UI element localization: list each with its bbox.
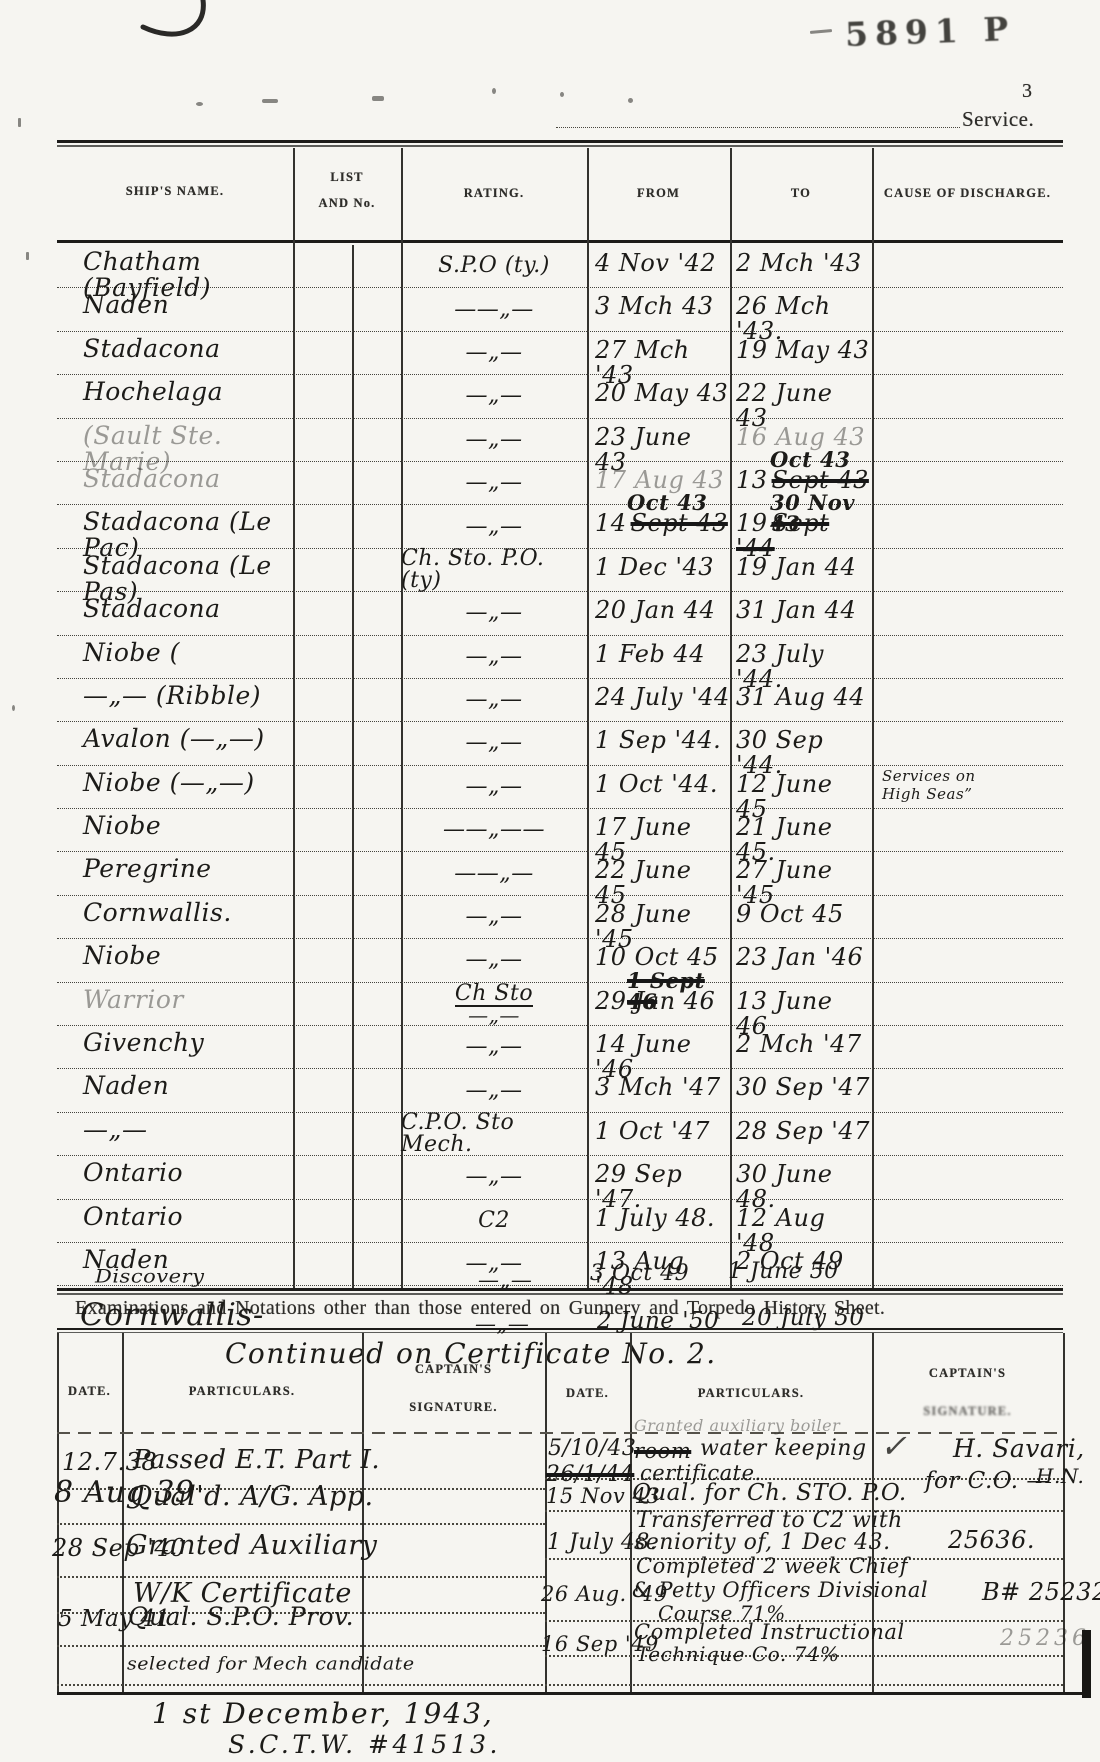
list-no-cell — [352, 722, 401, 764]
from-date-cell: 1 Dec '43 — [587, 549, 730, 591]
service-table-row: Chatham (Bayfield) S.P.O (ty.) 4 Nov '42… — [57, 245, 1063, 288]
ink-speck — [26, 252, 29, 260]
list-no-cell — [352, 1200, 401, 1242]
list-no-cell — [352, 592, 401, 634]
table-bottom-rule-2 — [57, 1293, 1063, 1295]
overflow-row-ditto: —„— — [478, 1270, 532, 1291]
service-table-row: Stadacona (Le Pas) Ch. Sto. P.O. (ty) 1 … — [57, 549, 1063, 592]
table-bottom-rule — [57, 1288, 1063, 1291]
notes-left-header-captains: CAPTAIN'S — [362, 1362, 545, 1377]
to-date-cell: 30 Nov 43 19 Sept '44 — [730, 505, 872, 547]
rating-cell: —„— — [401, 419, 587, 461]
cause-of-discharge-cell — [872, 896, 1063, 938]
service-table-row: Stadacona (Le Pac) —„— Oct 43 14 Sept 43… — [57, 505, 1063, 548]
from-date: 1 Oct '47 — [595, 1117, 710, 1145]
rating-cell: C2 — [401, 1200, 587, 1242]
ship-name-cell: Cornwallis. — [57, 896, 293, 938]
scan-artifact — [1082, 1630, 1091, 1698]
cause-of-discharge-cell — [872, 419, 1063, 461]
to-date: 23 Jan '46 — [736, 943, 863, 971]
footer-date-note: 1 st December, 1943, — [152, 1700, 494, 1728]
list-no-cell — [352, 1069, 401, 1111]
list-no-cell — [352, 983, 401, 1025]
ship-name: Niobe — [83, 941, 161, 970]
reference-number: 25236 — [1000, 1628, 1090, 1650]
from-date-cell: 27 Mch '43 — [587, 332, 730, 374]
note-particulars-struck: room — [634, 1441, 691, 1462]
rating-cell: —„— — [401, 592, 587, 634]
rating-cell: —„— — [401, 636, 587, 678]
note-particulars: Granted auxiliary boiler — [634, 1418, 840, 1434]
list-no-cell — [352, 1156, 401, 1198]
ship-name: Avalon (—„—) — [83, 724, 265, 753]
rating-value: —„— — [466, 1166, 523, 1188]
note-particulars: Qual'd. A/G. App. — [130, 1483, 374, 1510]
ink-speck — [196, 102, 203, 106]
note-particulars: Passed E.T. Part I. — [133, 1447, 380, 1473]
ship-name-cell: Stadacona — [57, 462, 293, 504]
ship-name-cell: Naden — [57, 1069, 293, 1111]
rating-value: —„— — [466, 689, 523, 711]
list-no-cell — [352, 245, 401, 287]
note-particulars: selected for Mech candidate — [127, 1655, 415, 1673]
ship-name: Niobe — [83, 811, 161, 840]
to-date-cell: 22 June 43 — [730, 375, 872, 417]
ship-name: —„— — [83, 1115, 147, 1144]
to-date: 19 — [736, 509, 768, 537]
notes-bottom-dotted — [57, 1684, 1063, 1686]
from-date-cell: 23 June 43 — [587, 419, 730, 461]
rating-value: C.P.O. Sto Mech. — [401, 1112, 587, 1156]
ship-name-cell: —„— (Ribble) — [57, 679, 293, 721]
from-date-cell: 1 Feb 44 — [587, 636, 730, 678]
to-date-cell: 30 June 48. — [730, 1156, 872, 1198]
service-table-row: Ontario C2 1 July 48. 12 Aug '48 — [57, 1200, 1063, 1243]
ship-name: Peregrine — [83, 854, 212, 883]
from-date-cell: 3 Mch '47 — [587, 1069, 730, 1111]
rating-value: —„— — [466, 949, 523, 971]
ship-name-cell: Stadacona (Le Pac) — [57, 505, 293, 547]
notes-left-header-signature: SIGNATURE. — [362, 1400, 545, 1415]
from-date: 3 Mch 43 — [595, 292, 714, 320]
to-date-cell: 28 Sep '47 — [730, 1113, 872, 1155]
ship-name: Ontario — [83, 1158, 183, 1187]
service-table-row: Niobe ( —„— 1 Feb 44 23 July '44. — [57, 636, 1063, 679]
list-cell — [293, 636, 352, 678]
service-leader-line — [556, 127, 960, 128]
checkmark: ✓ — [880, 1430, 907, 1462]
list-no-cell — [352, 939, 401, 981]
from-date-cell: 20 May 43 — [587, 375, 730, 417]
ship-name-cell: Hochelaga — [57, 375, 293, 417]
from-date-cell: 28 June '45 — [587, 896, 730, 938]
ink-speck — [492, 88, 496, 94]
ship-name-cell: Niobe — [57, 939, 293, 981]
ship-name: Niobe (—„—) — [83, 768, 255, 797]
list-cell — [293, 1113, 352, 1155]
rating-cell: —„— — [401, 766, 587, 808]
rating-value: —„— — [466, 776, 523, 798]
list-cell — [293, 983, 352, 1025]
from-date-cell: 17 June 45 — [587, 809, 730, 851]
list-cell — [293, 419, 352, 461]
service-table-row: Warrior Ch Sto —„— 1 Sept 46 29 Jan 46 1… — [57, 983, 1063, 1026]
to-date: 2 Mch '47 — [736, 1030, 862, 1058]
rating-value: ——„— — [454, 299, 533, 321]
cause-of-discharge-cell — [872, 1243, 1063, 1285]
ink-squiggle — [115, 0, 225, 55]
from-date: 3 Mch '47 — [595, 1073, 721, 1101]
to-date: 31 Jan 44 — [736, 596, 856, 624]
rating-value: —„— — [466, 1080, 523, 1102]
ship-name: Ontario — [83, 1202, 183, 1231]
ship-name-cell: Stadacona (Le Pas) — [57, 549, 293, 591]
to-date: 31 Aug 44 — [736, 683, 865, 711]
from-date-cell: 29 Sep '47. — [587, 1156, 730, 1198]
ship-name-cell: Niobe ( — [57, 636, 293, 678]
to-date-cell: 26 Mch '43. — [730, 288, 872, 330]
cause-of-discharge-cell — [872, 1200, 1063, 1242]
list-cell — [293, 1200, 352, 1242]
cause-of-discharge-cell — [872, 375, 1063, 417]
notes-bottom-rule — [57, 1692, 1085, 1695]
note-date-struck: 26/1/44 — [546, 1464, 634, 1486]
cause-of-discharge-cell — [872, 809, 1063, 851]
ink-speck — [628, 98, 633, 103]
service-table-row: Niobe ——„—— 17 June 45 21 June 45. — [57, 809, 1063, 852]
note-date: 5/10/43 — [548, 1438, 636, 1460]
ship-name-cell: Ontario — [57, 1156, 293, 1198]
to-date-cell: 9 Oct 45 — [730, 896, 872, 938]
service-table-row: —„— C.P.O. Sto Mech. 1 Oct '47 28 Sep '4… — [57, 1113, 1063, 1156]
serial-stamp: 5891 P — [844, 9, 1015, 54]
ship-name: Naden — [83, 1071, 169, 1100]
list-no-cell — [352, 332, 401, 374]
ink-speck — [12, 705, 15, 711]
ship-name-cell: Warrior — [57, 983, 293, 1025]
to-date-cell: 2 Mch '43 — [730, 245, 872, 287]
table-top-rule — [57, 140, 1063, 143]
notes-left-header-date: DATE. — [57, 1384, 122, 1399]
ship-name: Cornwallis. — [83, 898, 232, 927]
from-date: 20 May 43 — [595, 379, 728, 407]
rating-value: C2 — [478, 1210, 510, 1232]
cause-of-discharge-cell — [872, 1026, 1063, 1068]
ship-name: Naden — [83, 290, 169, 319]
rating-cell: —„— — [401, 1026, 587, 1068]
service-table-row: Stadacona —„— 27 Mch '43 19 May 43 — [57, 332, 1063, 375]
list-cell — [293, 766, 352, 808]
service-table-row: Naden ——„— 3 Mch 43 26 Mch '43. — [57, 288, 1063, 331]
note-particulars: Completed Instructional — [634, 1622, 905, 1643]
list-no-cell — [352, 679, 401, 721]
rating-value: —„— — [466, 429, 523, 451]
rating-cell: —„— — [401, 896, 587, 938]
rating-cell: C.P.O. Sto Mech. — [401, 1113, 587, 1155]
from-date-cell: 1 Oct '47 — [587, 1113, 730, 1155]
note-particulars: & Petty Officers Divisional — [632, 1580, 928, 1601]
from-date-cell: 22 June 45 — [587, 852, 730, 894]
cause-of-discharge-cell — [872, 245, 1063, 287]
overflow-row2-to: 20 July 50 — [742, 1307, 865, 1330]
list-cell — [293, 1156, 352, 1198]
ship-name-cell: —„— — [57, 1113, 293, 1155]
list-no-cell — [352, 1243, 401, 1285]
service-table-row: —„— (Ribble) —„— 24 July '44 31 Aug 44 — [57, 679, 1063, 722]
notes-column-line — [362, 1333, 364, 1695]
to-date-cell: 23 July '44. — [730, 636, 872, 678]
from-date-cell: 20 Jan 44 — [587, 592, 730, 634]
cause-of-discharge-cell — [872, 1069, 1063, 1111]
from-date: 4 Nov '42 — [595, 249, 716, 277]
rating-value: —„— — [466, 342, 523, 364]
list-no-cell — [352, 549, 401, 591]
from-date: 1 Oct '44. — [595, 770, 718, 798]
notes-right-header-date: DATE. — [545, 1386, 630, 1401]
rating-cell: —„— — [401, 462, 587, 504]
to-date: 13 — [736, 466, 768, 494]
list-cell — [293, 896, 352, 938]
note-particulars: Granted Auxiliary — [126, 1532, 377, 1559]
list-cell — [293, 549, 352, 591]
cause-of-discharge-cell — [872, 332, 1063, 374]
rating-value: ——„—— — [443, 819, 545, 841]
rating-cell: —„— — [401, 722, 587, 764]
list-cell — [293, 505, 352, 547]
cause-of-discharge-cell — [872, 288, 1063, 330]
rating-value: —„— — [466, 906, 523, 928]
cause-of-discharge-cell — [872, 722, 1063, 764]
service-table-body: Chatham (Bayfield) S.P.O (ty.) 4 Nov '42… — [57, 245, 1063, 1286]
from-date-correction: 1 Sept 46 — [627, 970, 730, 1012]
ink-speck — [810, 29, 832, 34]
from-date-cell: 1 Sept 46 29 Jan 46 — [587, 983, 730, 1025]
from-date-cell: 1 July 48. — [587, 1200, 730, 1242]
notes-left-header-particulars: PARTICULARS. — [122, 1384, 362, 1399]
list-cell — [293, 288, 352, 330]
rating-cell: S.P.O (ty.) — [401, 245, 587, 287]
overflow-row2-ship: Cornwallis- — [80, 1300, 264, 1331]
to-date: 9 Oct 45 — [736, 900, 844, 928]
header-cause-of-discharge: CAUSE OF DISCHARGE. — [872, 186, 1063, 201]
to-date-cell: 13 June 46 — [730, 983, 872, 1025]
cause-of-discharge: Services on High Seas” — [882, 767, 976, 803]
header-list: LIST — [293, 170, 401, 185]
notes-row-line — [57, 1645, 545, 1647]
cause-of-discharge-cell — [872, 1113, 1063, 1155]
service-table-row: Givenchy —„— 14 June '46 2 Mch '47 — [57, 1026, 1063, 1069]
rating-cell: —„— — [401, 375, 587, 417]
rating-cell: ——„— — [401, 852, 587, 894]
service-table-row: Niobe —„— 10 Oct 45 23 Jan '46 — [57, 939, 1063, 982]
service-table-row: Ontario —„— 29 Sep '47. 30 June 48. — [57, 1156, 1063, 1199]
list-cell — [293, 809, 352, 851]
cause-of-discharge-cell — [872, 505, 1063, 547]
cause-of-discharge-cell — [872, 549, 1063, 591]
captain-signature: H. Savari, — [953, 1436, 1085, 1461]
list-cell — [293, 852, 352, 894]
to-date-cell: 27 June '45 — [730, 852, 872, 894]
table-top-rule-2 — [57, 145, 1063, 147]
rating-value: Ch. Sto. P.O. (ty) — [401, 548, 587, 592]
ship-name: Givenchy — [83, 1028, 204, 1057]
note-particulars: Qual. for Ch. STO. P.O. — [632, 1482, 907, 1505]
list-cell — [293, 592, 352, 634]
list-no-cell — [352, 766, 401, 808]
cause-of-discharge-cell — [872, 983, 1063, 1025]
from-date: 1 Dec '43 — [595, 553, 714, 581]
service-table-row: Stadacona —„— 17 Aug 43 Oct 43 13 Sept 4… — [57, 462, 1063, 505]
rating-cell: —„— — [401, 679, 587, 721]
to-date-cell: 19 May 43 — [730, 332, 872, 374]
cause-of-discharge-cell: Services on High Seas” — [872, 766, 1063, 808]
header-and-no: AND No. — [293, 196, 401, 211]
ship-name-cell: Givenchy — [57, 1026, 293, 1068]
rating-value: —„— — [466, 385, 523, 407]
reference-number: B# 25232 — [982, 1580, 1100, 1604]
list-no-cell — [352, 419, 401, 461]
service-table-row: Niobe (—„—) —„— 1 Oct '44. 12 June 45 — [57, 766, 1063, 809]
rating-cell: Ch Sto —„— — [401, 983, 587, 1025]
note-particulars: water keeping — [700, 1438, 867, 1460]
to-date-cell: 31 Jan 44 — [730, 592, 872, 634]
page-number: 3 — [1022, 80, 1033, 103]
from-date: 24 July '44 — [595, 683, 730, 711]
captain-signature: H.N. — [1036, 1466, 1084, 1486]
list-cell — [293, 1243, 352, 1285]
rating-value: —„— — [466, 1036, 523, 1058]
ink-speck — [560, 92, 564, 97]
from-date-cell: 1 Oct '44. — [587, 766, 730, 808]
cause-of-discharge-cell — [872, 852, 1063, 894]
note-particulars: Technique Co. 74% — [636, 1644, 840, 1664]
from-date: 20 Jan 44 — [595, 596, 715, 624]
service-table-row: Avalon (—„—) —„— 1 Sep '44. 30 Sep '44. — [57, 722, 1063, 765]
to-date-cell: 12 Aug '48 — [730, 1200, 872, 1242]
header-bottom-rule — [57, 240, 1063, 243]
service-table-row: Cornwallis. —„— 28 June '45 9 Oct 45 — [57, 896, 1063, 939]
overflow-row-to: 1 June 50 — [728, 1261, 839, 1283]
list-no-cell — [352, 896, 401, 938]
rating-cell: —„— — [401, 939, 587, 981]
note-date: 26 Aug. '49 — [541, 1584, 668, 1605]
rating-value: ——„— — [454, 863, 533, 885]
from-date-cell: 14 June '46 — [587, 1026, 730, 1068]
list-cell — [293, 1069, 352, 1111]
notes-header-underline — [57, 1432, 1063, 1434]
ship-name-cell: Chatham (Bayfield) — [57, 245, 293, 287]
notes-right-header-signature: SIGNATURE. — [872, 1404, 1063, 1419]
reference-number: 25636. — [948, 1528, 1035, 1552]
from-date: 1 Sep '44. — [595, 726, 721, 754]
list-no-cell — [352, 852, 401, 894]
ink-speck — [262, 99, 278, 103]
list-no-cell — [352, 288, 401, 330]
list-no-cell — [352, 809, 401, 851]
to-date-cell: 23 Jan '46 — [730, 939, 872, 981]
list-no-cell — [352, 505, 401, 547]
ink-speck — [18, 118, 21, 127]
service-label: Service. — [962, 107, 1034, 132]
rating-cell: Ch. Sto. P.O. (ty) — [401, 549, 587, 591]
cause-of-discharge-cell — [872, 679, 1063, 721]
to-date: 28 Sep '47 — [736, 1117, 870, 1145]
list-cell — [293, 332, 352, 374]
rating-cell: —„— — [401, 505, 587, 547]
from-date: 1 July 48. — [595, 1204, 715, 1232]
cause-of-discharge-cell — [872, 1156, 1063, 1198]
list-cell — [293, 462, 352, 504]
to-date-cell: 21 June 45. — [730, 809, 872, 851]
rating-value: —„— — [466, 732, 523, 754]
ship-name-cell: Avalon (—„—) — [57, 722, 293, 764]
rating-cell: ——„—— — [401, 809, 587, 851]
to-date: 19 Jan 44 — [736, 553, 856, 581]
list-cell — [293, 722, 352, 764]
header-from: FROM — [587, 186, 730, 201]
to-date: 19 May 43 — [736, 336, 869, 364]
service-table-row: Stadacona —„— 20 Jan 44 31 Jan 44 — [57, 592, 1063, 635]
service-table-row: (Sault Ste. Marie) —„— 23 June 43 16 Aug… — [57, 419, 1063, 462]
ship-name: Stadacona — [83, 594, 221, 623]
cause-of-discharge-cell — [872, 939, 1063, 981]
cause-of-discharge-cell — [872, 462, 1063, 504]
service-table-row: Naden —„— 13 Aug '48 2 Oct 49 — [57, 1243, 1063, 1286]
overflow-row2-from: 2 June '50 — [597, 1310, 719, 1333]
header-rating: RATING. — [401, 186, 587, 201]
overflow-row2-ditto: —„— — [475, 1314, 529, 1335]
ship-name: Warrior — [83, 985, 184, 1014]
note-particulars: Transferred to C2 with — [636, 1510, 903, 1532]
from-date-cell: 3 Mch 43 — [587, 288, 730, 330]
notes-right-header-particulars: PARTICULARS. — [630, 1386, 872, 1401]
ship-name: —„— (Ribble) — [83, 681, 261, 710]
rating-value: —„— — [466, 472, 523, 494]
rating-value: —„— — [466, 516, 523, 538]
note-particulars: Qual. S.P.O. Prov. — [128, 1604, 354, 1629]
rating-value: —„— — [466, 602, 523, 624]
list-cell — [293, 939, 352, 981]
ship-name-cell: Niobe (—„—) — [57, 766, 293, 808]
list-no-cell — [352, 636, 401, 678]
header-ships-name: SHIP'S NAME. — [57, 184, 293, 199]
cause-of-discharge-cell — [872, 592, 1063, 634]
to-date-cell: 19 Jan 44 — [730, 549, 872, 591]
ship-name: Niobe ( — [83, 638, 180, 667]
to-date: 30 Sep '47 — [736, 1073, 870, 1101]
from-date-cell: Oct 43 14 Sept 43 — [587, 505, 730, 547]
service-table-row: Hochelaga —„— 20 May 43 22 June 43 — [57, 375, 1063, 418]
ship-name-cell: Naden — [57, 288, 293, 330]
rating-cell: ——„— — [401, 288, 587, 330]
ship-name: Stadacona — [83, 334, 221, 363]
from-date: 14 — [595, 509, 627, 537]
service-table-row: Peregrine ——„— 22 June 45 27 June '45 — [57, 852, 1063, 895]
list-cell — [293, 245, 352, 287]
to-date-correction: 30 Nov 43 — [770, 492, 872, 534]
list-cell — [293, 1026, 352, 1068]
to-date-cell: 2 Mch '47 — [730, 1026, 872, 1068]
ship-name: Hochelaga — [83, 377, 223, 406]
from-date: 1 Feb 44 — [595, 640, 705, 668]
rating-ditto: —„— — [468, 1005, 520, 1025]
notes-right-header-captains: CAPTAIN'S — [872, 1366, 1063, 1381]
note-particulars: Completed 2 week Chief — [636, 1556, 908, 1577]
list-cell — [293, 375, 352, 417]
ship-name-cell: Stadacona — [57, 332, 293, 374]
from-date-cell: 24 July '44 — [587, 679, 730, 721]
note-particulars: seniority of, 1 Dec 43. — [634, 1532, 891, 1554]
